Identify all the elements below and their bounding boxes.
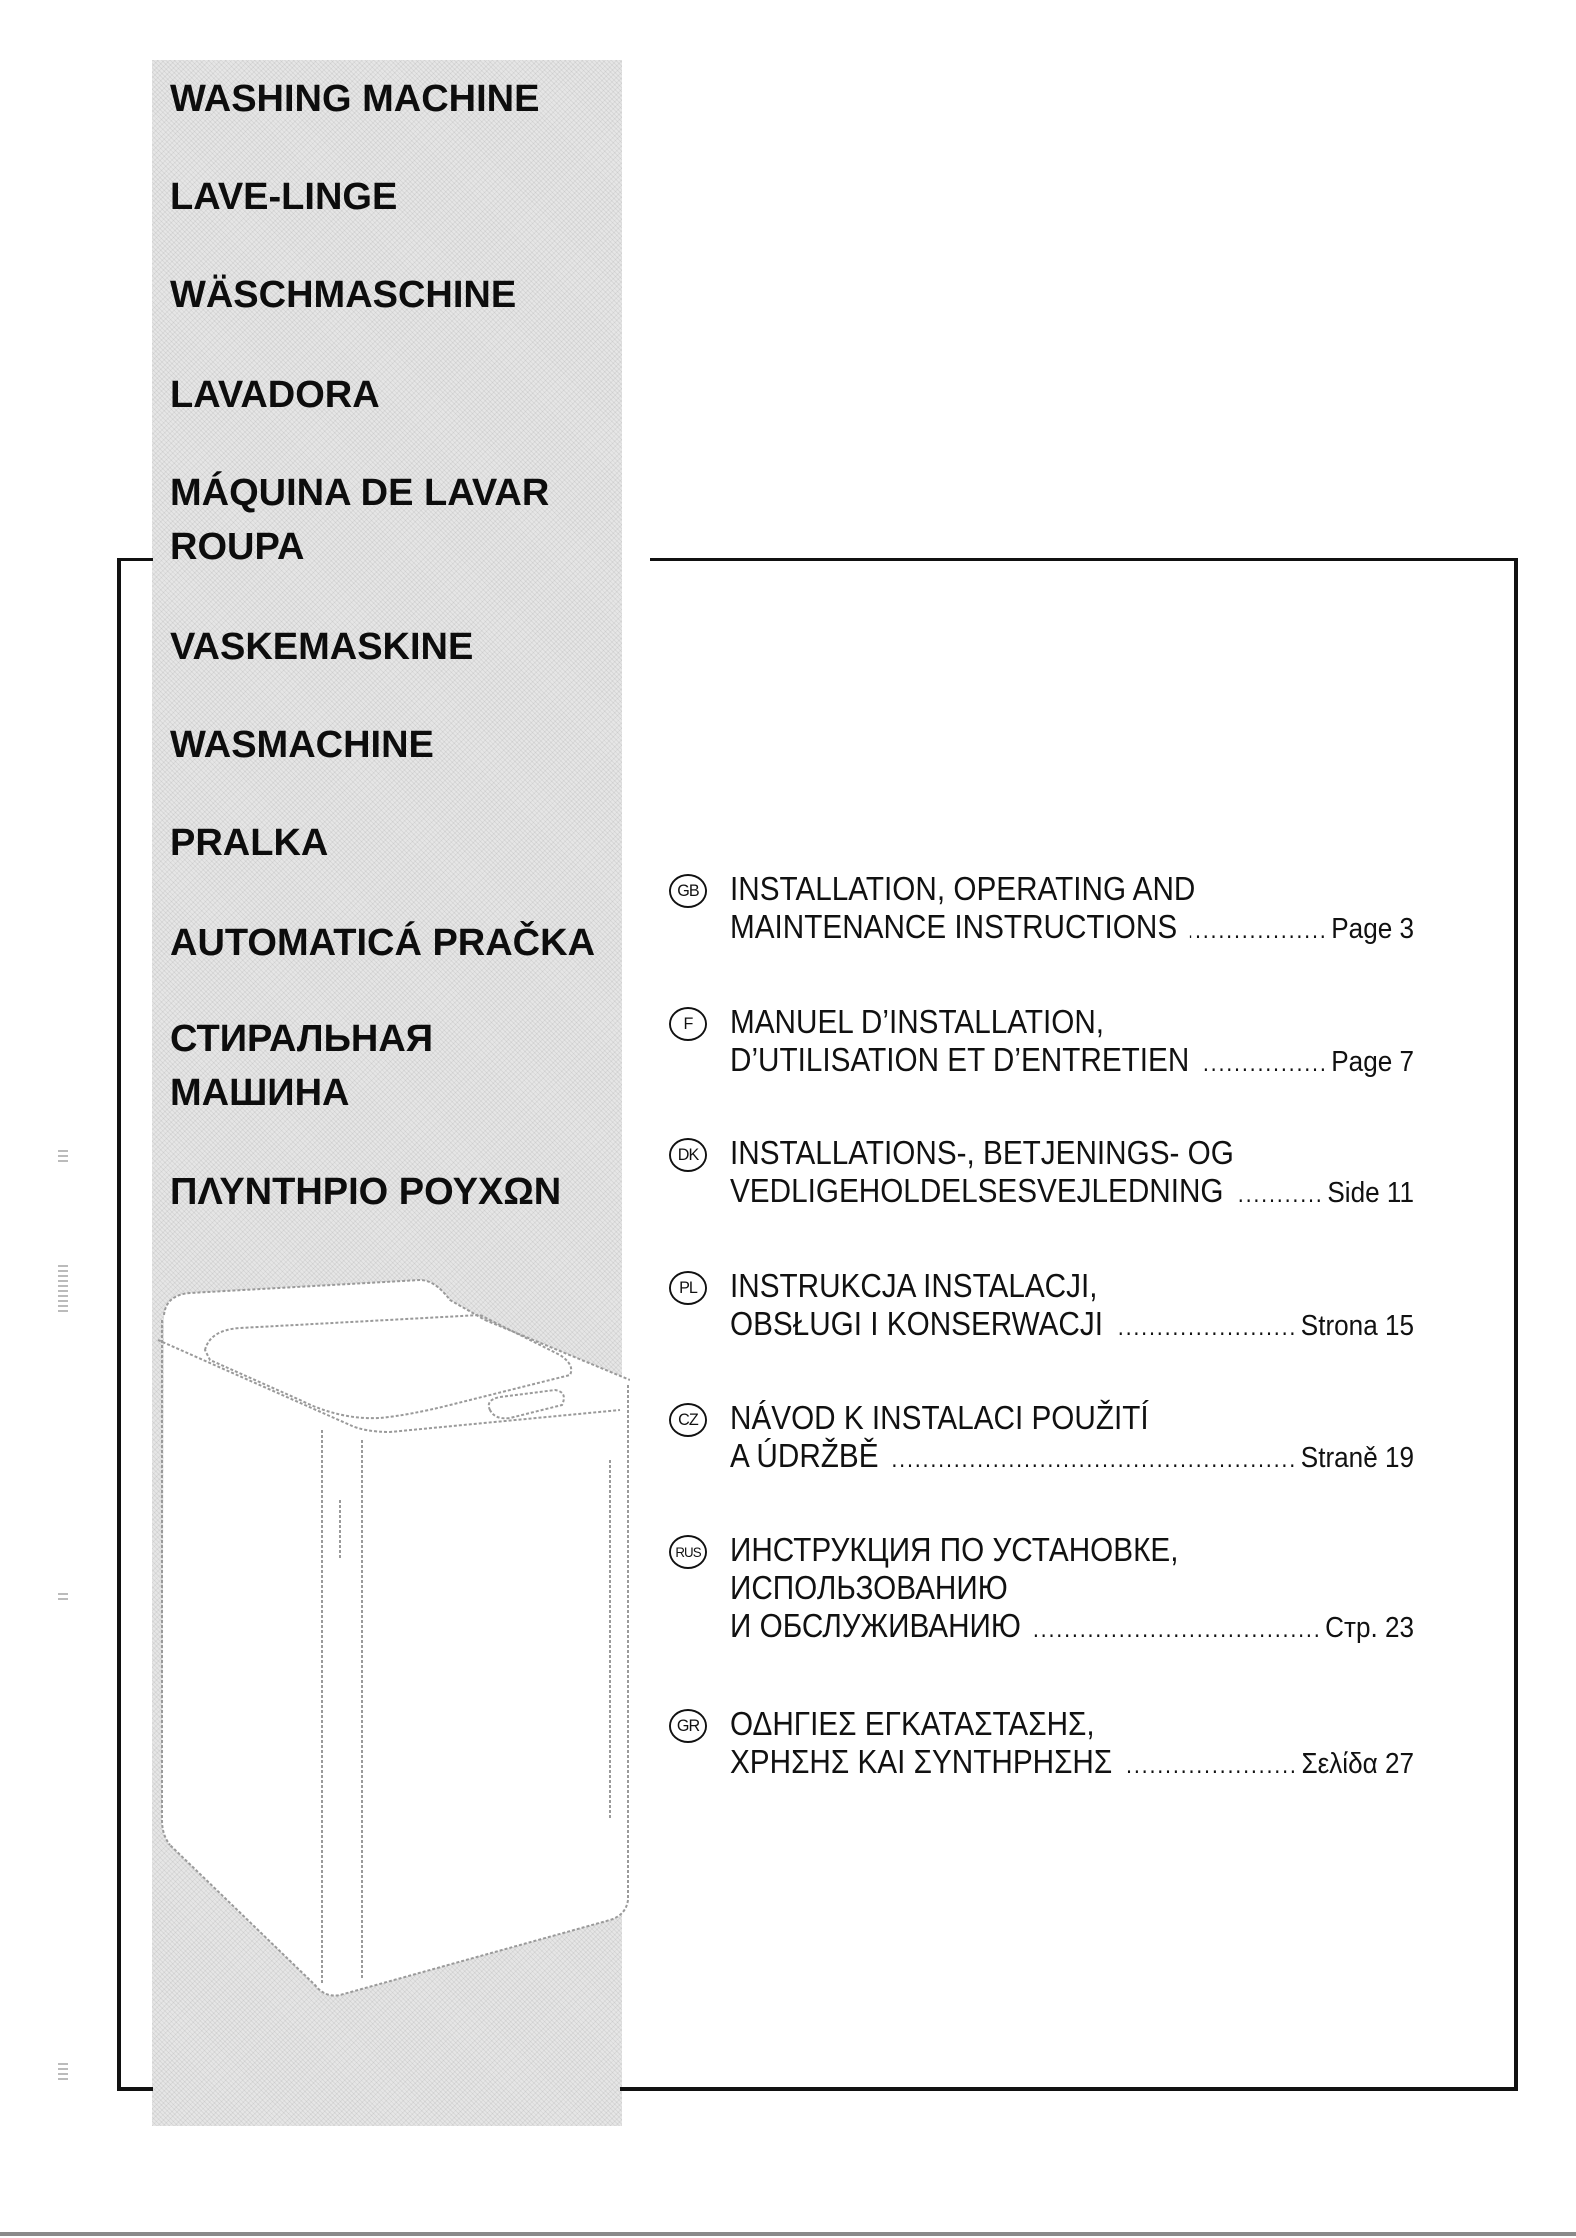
toc-entry-title: INSTALLATION, OPERATING AND [730,870,1414,908]
product-title: LAVADORA [170,376,380,414]
frame-border-top [117,558,153,561]
toc-entry-title: ΧΡΗΣΗΣ ΚΑΙ ΣΥΝΤΗΡΗΣΗΣ [730,1743,1112,1781]
product-title: WÄSCHMASCHINE [170,276,516,314]
toc-leader-dots: ........................................… [1033,1611,1321,1649]
product-title: WASMACHINE [170,726,434,764]
toc-page-number: Strona 15 [1301,1307,1414,1345]
toc-leader-dots: ........................................… [1236,1176,1324,1214]
toc-page-number: Side 11 [1327,1174,1414,1212]
scan-artifact [58,1590,68,1600]
toc-leader-dots: ........................................… [891,1441,1297,1479]
frame-border-left [117,558,121,2090]
product-title: MÁQUINA DE LAVAR [170,474,549,512]
toc-entry-title: A ÚDRŽBĚ [730,1437,879,1475]
toc-entry-title: D’UTILISATION ET D’ENTRETIEN [730,1041,1189,1079]
flag-rus-icon: RUS [669,1535,707,1569]
frame-border-bottom [620,2087,1518,2091]
toc-page-number: Straně 19 [1301,1439,1414,1477]
flag-gb-icon: GB [669,874,707,908]
toc-entry-title: И ОБСЛУЖИВАНИЮ [730,1607,1021,1645]
product-title: AUTOMATICÁ PRAČKA [170,924,595,962]
toc-entry-title: OBSŁUGI I KONSERWACJI [730,1305,1103,1343]
product-title: ΠΛΥΝΤΗΡΙΟ ΡΟΥΧΩΝ [170,1173,561,1211]
toc-page-number: Page 7 [1331,1043,1414,1081]
product-title: ROUPA [170,528,304,566]
product-title: LAVE-LINGE [170,178,397,216]
toc-entry-title: INSTRUKCJA INSTALACJI, [730,1267,1414,1305]
page-edge-line [0,2232,1576,2236]
scan-artifact [58,2060,68,2080]
toc-entry-title-last-line: OBSŁUGI I KONSERWACJI ..................… [730,1305,1414,1347]
toc-entry-title-last-line: D’UTILISATION ET D’ENTRETIEN ...........… [730,1041,1414,1083]
flag-dk-icon: DK [669,1138,707,1172]
toc-entry-title-last-line: MAINTENANCE INSTRUCTIONS ...............… [730,908,1414,950]
toc-leader-dots: ........................................… [1202,1045,1328,1083]
flag-cz-icon: CZ [669,1403,707,1437]
toc-leader-dots: ........................................… [1190,912,1328,950]
scan-artifact [58,1262,68,1312]
toc-entry-title: NÁVOD K INSTALACI POUŽITÍ [730,1399,1414,1437]
frame-border-top [650,558,1518,561]
flag-pl-icon: PL [669,1271,707,1305]
product-title: СТИРАЛЬНАЯ [170,1020,433,1058]
toc-entry-title: ΟΔΗΓΙΕΣ ΕΓΚΑΤΑΣΤΑΣΗΣ, [730,1705,1414,1743]
product-title: PRALKA [170,824,328,862]
toc-leader-dots: ........................................… [1125,1747,1298,1785]
toc-entry-title: MANUEL D’INSTALLATION, [730,1003,1414,1041]
toc-entry-title: ИНСТРУКЦИЯ ПО УСТАНОВКЕ, [730,1531,1414,1569]
product-title: VASKEMASKINE [170,628,473,666]
toc-entry-title: VEDLIGEHOLDELSESVEJLEDNING [730,1172,1224,1210]
toc-page-number: Page 3 [1331,910,1414,948]
toc-page-number: Σελίδα 27 [1301,1745,1414,1783]
frame-border-right [1514,558,1518,2090]
scan-artifact [58,1150,68,1162]
product-title: WASHING MACHINE [170,80,539,118]
toc-entry-title: ИСПОЛЬЗОВАНИЮ [730,1569,1414,1607]
flag-gr-icon: GR [669,1709,707,1743]
toc-entry-title-last-line: VEDLIGEHOLDELSESVEJLEDNING .............… [730,1172,1414,1214]
toc-entry-title-last-line: ΧΡΗΣΗΣ ΚΑΙ ΣΥΝΤΗΡΗΣΗΣ ..................… [730,1743,1414,1785]
toc-entry-title: MAINTENANCE INSTRUCTIONS [730,908,1177,946]
toc-entry-title: INSTALLATIONS-, BETJENINGS- OG [730,1134,1414,1172]
flag-f-icon: F [669,1007,707,1041]
toc-leader-dots: ........................................… [1116,1309,1298,1347]
toc-entry-title-last-line: A ÚDRŽBĚ ...............................… [730,1437,1414,1479]
toc-entry-title-last-line: И ОБСЛУЖИВАНИЮ .........................… [730,1607,1414,1649]
frame-border-bottom [117,2087,153,2091]
product-title: МАШИНА [170,1074,349,1112]
washing-machine-illustration [150,1260,630,2080]
toc-page-number: Стр. 23 [1325,1609,1414,1647]
